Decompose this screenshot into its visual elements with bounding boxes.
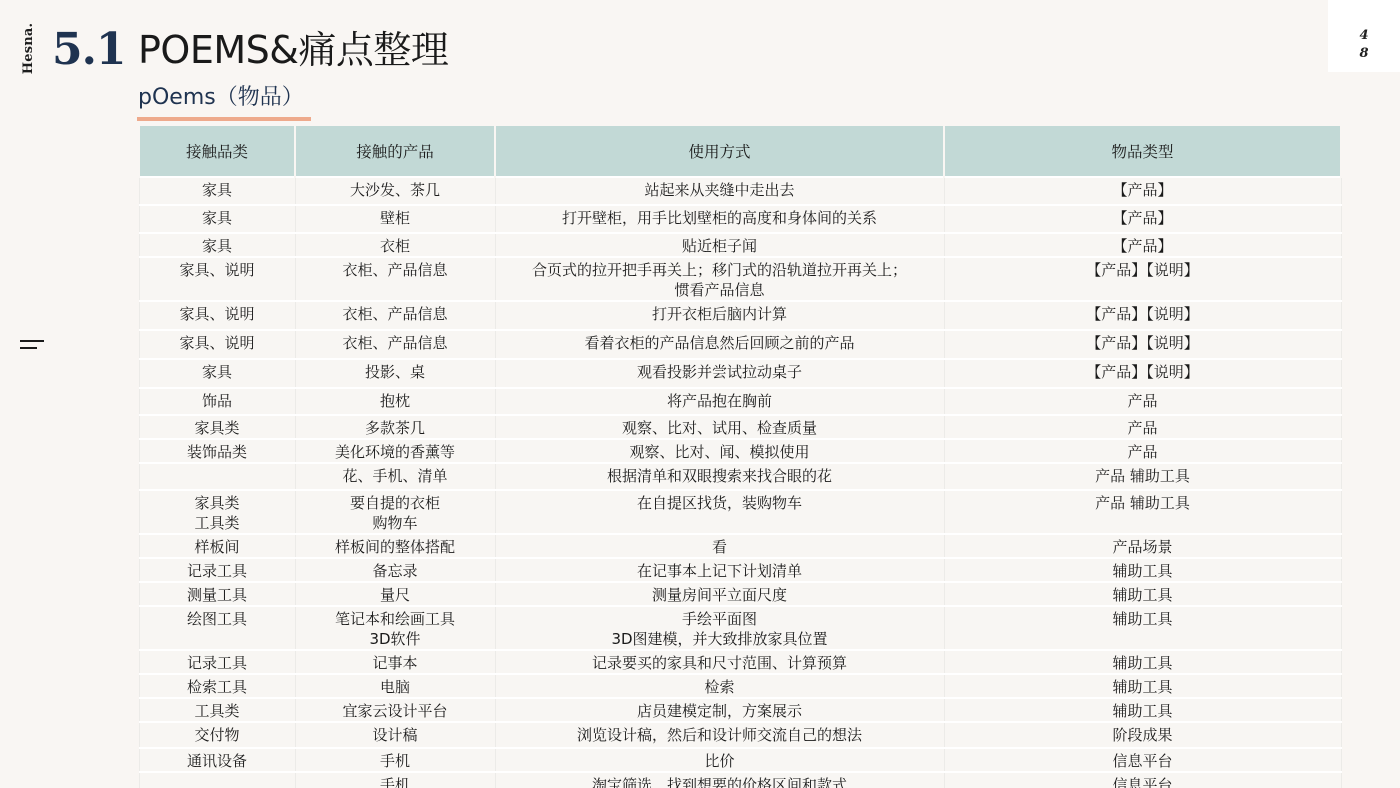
cell-type: 信息平台 — [944, 748, 1341, 772]
cell-product: 手机 — [295, 772, 495, 788]
cell-product: 要自提的衣柜 购物车 — [295, 490, 495, 534]
subtitle-underline — [137, 117, 311, 121]
cell-type: 【产品】 — [944, 233, 1341, 257]
cell-product: 量尺 — [295, 582, 495, 606]
table-row: 家具衣柜贴近柜子闻【产品】 — [139, 233, 1341, 257]
column-header-type: 物品类型 — [944, 126, 1341, 177]
cell-product: 衣柜、产品信息 — [295, 330, 495, 359]
cell-type: 【产品】【说明】 — [944, 257, 1341, 301]
cell-category: 测量工具 — [139, 582, 295, 606]
page-subtitle: pOems（物品） — [138, 82, 304, 114]
cell-usage: 记录要买的家具和尺寸范围、计算预算 — [495, 650, 944, 674]
cell-type: 辅助工具 — [944, 674, 1341, 698]
cell-type: 辅助工具 — [944, 698, 1341, 722]
table-row: 家具、说明衣柜、产品信息合页式的拉开把手再关上；移门式的沿轨道拉开再关上； 惯看… — [139, 257, 1341, 301]
brand-logo: Hesna. — [14, 22, 44, 74]
cell-category: 家具 — [139, 205, 295, 233]
cell-product: 宜家云设计平台 — [295, 698, 495, 722]
page-current: 4 — [1328, 28, 1400, 44]
cell-type: 辅助工具 — [944, 558, 1341, 582]
column-header-product: 接触的产品 — [295, 126, 495, 177]
cell-category: 记录工具 — [139, 558, 295, 582]
cell-product: 样板间的整体搭配 — [295, 534, 495, 558]
table-body: 家具大沙发、茶几站起来从夹缝中走出去【产品】家具壁柜打开壁柜，用手比划壁柜的高度… — [139, 177, 1341, 788]
table-row: 家具投影、桌观看投影并尝试拉动桌子【产品】【说明】 — [139, 359, 1341, 388]
page-title: POEMS&痛点整理 — [138, 24, 448, 76]
cell-product: 手机 — [295, 748, 495, 772]
table-row: 手机淘宝筛选，找到想要的价格区间和款式信息平台 — [139, 772, 1341, 788]
table-row: 样板间样板间的整体搭配看产品场景 — [139, 534, 1341, 558]
table-row: 绘图工具笔记本和绘画工具 3D软件手绘平面图 3D图建模，并大致排放家具位置辅助… — [139, 606, 1341, 650]
cell-usage: 将产品抱在胸前 — [495, 388, 944, 415]
table-row: 家具、说明衣柜、产品信息看着衣柜的产品信息然后回顾之前的产品【产品】【说明】 — [139, 330, 1341, 359]
cell-type: 产品场景 — [944, 534, 1341, 558]
table-row: 测量工具量尺测量房间平立面尺度辅助工具 — [139, 582, 1341, 606]
table-row: 家具大沙发、茶几站起来从夹缝中走出去【产品】 — [139, 177, 1341, 205]
cell-type: 辅助工具 — [944, 650, 1341, 674]
cell-type: 阶段成果 — [944, 722, 1341, 748]
page-total: 8 — [1328, 46, 1400, 62]
table-row: 装饰品类美化环境的香薰等观察、比对、闻、模拟使用产品 — [139, 439, 1341, 463]
table-row: 饰品抱枕将产品抱在胸前产品 — [139, 388, 1341, 415]
cell-type: 信息平台 — [944, 772, 1341, 788]
cell-category: 工具类 — [139, 698, 295, 722]
table-row: 花、手机、清单根据清单和双眼搜索来找合眼的花产品 辅助工具 — [139, 463, 1341, 490]
cell-category: 样板间 — [139, 534, 295, 558]
cell-type: 【产品】【说明】 — [944, 301, 1341, 330]
cell-usage: 看着衣柜的产品信息然后回顾之前的产品 — [495, 330, 944, 359]
cell-type: 【产品】 — [944, 177, 1341, 205]
cell-type: 【产品】【说明】 — [944, 330, 1341, 359]
cell-usage: 观察、比对、试用、检查质量 — [495, 415, 944, 439]
table-row: 家具壁柜打开壁柜，用手比划壁柜的高度和身体间的关系【产品】 — [139, 205, 1341, 233]
cell-usage: 贴近柜子闻 — [495, 233, 944, 257]
cell-category: 检索工具 — [139, 674, 295, 698]
cell-usage: 观察、比对、闻、模拟使用 — [495, 439, 944, 463]
table-row: 交付物设计稿浏览设计稿，然后和设计师交流自己的想法阶段成果 — [139, 722, 1341, 748]
cell-category: 家具 — [139, 233, 295, 257]
cell-usage: 比价 — [495, 748, 944, 772]
cell-usage: 观看投影并尝试拉动桌子 — [495, 359, 944, 388]
cell-category — [139, 772, 295, 788]
brand-name: Hesna. — [22, 22, 37, 73]
table-row: 检索工具电脑检索辅助工具 — [139, 674, 1341, 698]
cell-product: 壁柜 — [295, 205, 495, 233]
cell-product: 投影、桌 — [295, 359, 495, 388]
cell-category: 家具类 工具类 — [139, 490, 295, 534]
cell-product: 衣柜、产品信息 — [295, 257, 495, 301]
cell-usage: 手绘平面图 3D图建模，并大致排放家具位置 — [495, 606, 944, 650]
section-number: 5.1 — [52, 22, 126, 78]
cell-type: 产品 辅助工具 — [944, 490, 1341, 534]
cell-product: 记事本 — [295, 650, 495, 674]
cell-product: 笔记本和绘画工具 3D软件 — [295, 606, 495, 650]
cell-category: 通讯设备 — [139, 748, 295, 772]
cell-category: 记录工具 — [139, 650, 295, 674]
table-row: 家具类多款茶几观察、比对、试用、检查质量产品 — [139, 415, 1341, 439]
cell-type: 产品 — [944, 415, 1341, 439]
cell-usage: 看 — [495, 534, 944, 558]
cell-category: 交付物 — [139, 722, 295, 748]
cell-type: 辅助工具 — [944, 582, 1341, 606]
cell-category: 绘图工具 — [139, 606, 295, 650]
table-row: 记录工具记事本记录要买的家具和尺寸范围、计算预算辅助工具 — [139, 650, 1341, 674]
cell-product: 衣柜、产品信息 — [295, 301, 495, 330]
cell-usage: 在记事本上记下计划清单 — [495, 558, 944, 582]
page-indicator: 4 8 — [1328, 0, 1400, 72]
cell-usage: 浏览设计稿，然后和设计师交流自己的想法 — [495, 722, 944, 748]
cell-product: 衣柜 — [295, 233, 495, 257]
cell-product: 多款茶几 — [295, 415, 495, 439]
cell-usage: 合页式的拉开把手再关上；移门式的沿轨道拉开再关上； 惯看产品信息 — [495, 257, 944, 301]
cell-category: 饰品 — [139, 388, 295, 415]
cell-usage: 店员建模定制，方案展示 — [495, 698, 944, 722]
cell-usage: 根据清单和双眼搜索来找合眼的花 — [495, 463, 944, 490]
cell-product: 大沙发、茶几 — [295, 177, 495, 205]
cell-product: 设计稿 — [295, 722, 495, 748]
cell-category: 家具 — [139, 359, 295, 388]
cell-usage: 打开壁柜，用手比划壁柜的高度和身体间的关系 — [495, 205, 944, 233]
cell-type: 辅助工具 — [944, 606, 1341, 650]
column-header-usage: 使用方式 — [495, 126, 944, 177]
cell-type: 产品 辅助工具 — [944, 463, 1341, 490]
cell-product: 美化环境的香薰等 — [295, 439, 495, 463]
cell-usage: 淘宝筛选，找到想要的价格区间和款式 — [495, 772, 944, 788]
cell-category: 家具、说明 — [139, 301, 295, 330]
cell-product: 备忘录 — [295, 558, 495, 582]
cell-category: 家具、说明 — [139, 330, 295, 359]
table-header-row: 接触品类 接触的产品 使用方式 物品类型 — [139, 126, 1341, 177]
cell-product: 花、手机、清单 — [295, 463, 495, 490]
cell-category: 家具、说明 — [139, 257, 295, 301]
table-row: 通讯设备手机比价信息平台 — [139, 748, 1341, 772]
cell-type: 【产品】【说明】 — [944, 359, 1341, 388]
poems-objects-table: 接触品类 接触的产品 使用方式 物品类型 家具大沙发、茶几站起来从夹缝中走出去【… — [138, 126, 1342, 788]
cell-type: 产品 — [944, 439, 1341, 463]
cell-product: 抱枕 — [295, 388, 495, 415]
table-row: 家具类 工具类要自提的衣柜 购物车在自提区找货，装购物车产品 辅助工具 — [139, 490, 1341, 534]
cell-usage: 打开衣柜后脑内计算 — [495, 301, 944, 330]
cell-category — [139, 463, 295, 490]
cell-usage: 站起来从夹缝中走出去 — [495, 177, 944, 205]
cell-usage: 检索 — [495, 674, 944, 698]
cell-type: 【产品】 — [944, 205, 1341, 233]
menu-icon[interactable] — [20, 340, 44, 352]
column-header-category: 接触品类 — [139, 126, 295, 177]
table-row: 家具、说明衣柜、产品信息打开衣柜后脑内计算【产品】【说明】 — [139, 301, 1341, 330]
cell-type: 产品 — [944, 388, 1341, 415]
cell-usage: 在自提区找货，装购物车 — [495, 490, 944, 534]
cell-product: 电脑 — [295, 674, 495, 698]
table-row: 记录工具备忘录在记事本上记下计划清单辅助工具 — [139, 558, 1341, 582]
table-row: 工具类宜家云设计平台店员建模定制，方案展示辅助工具 — [139, 698, 1341, 722]
cell-category: 家具 — [139, 177, 295, 205]
cell-usage: 测量房间平立面尺度 — [495, 582, 944, 606]
cell-category: 家具类 — [139, 415, 295, 439]
cell-category: 装饰品类 — [139, 439, 295, 463]
